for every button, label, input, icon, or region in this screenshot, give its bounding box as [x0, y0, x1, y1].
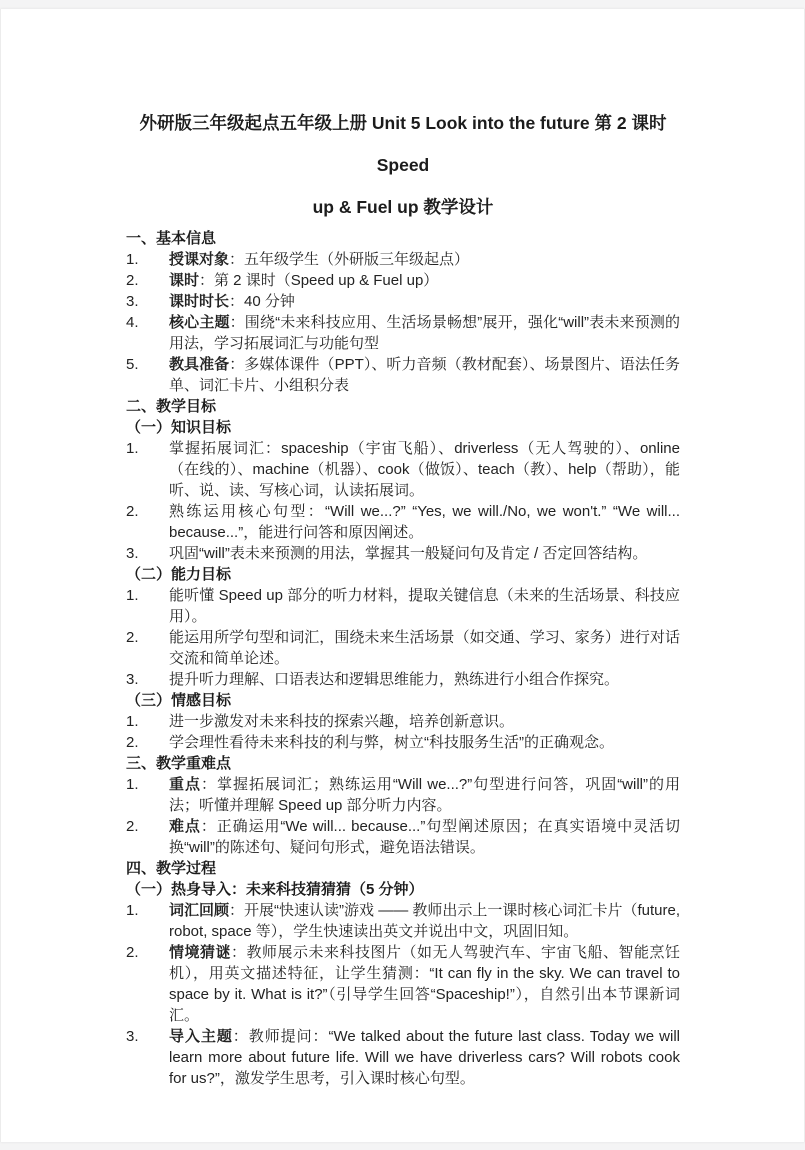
item-number: 2.: [126, 270, 169, 291]
item-text: 核心主题：围绕“未来科技应用、生活场景畅想”展开，强化“will”表未来预测的用…: [169, 312, 680, 354]
document-page: 外研版三年级起点五年级上册 Unit 5 Look into the futur…: [0, 9, 805, 1142]
item-number: 1.: [126, 585, 169, 606]
item-label: 难点: [169, 818, 201, 835]
item-text: 能运用所学句型和词汇，围绕未来生活场景（如交通、学习、家务）进行对话交流和简单论…: [169, 627, 680, 669]
item-label: 教具准备: [169, 356, 229, 373]
item-text: 重点：掌握拓展词汇；熟练运用“Will we...?”句型进行问答，巩固“wil…: [169, 774, 680, 816]
document-title-line1: 外研版三年级起点五年级上册 Unit 5 Look into the futur…: [126, 102, 680, 186]
item-text: 能听懂 Speed up 部分的听力材料，提取关键信息（未来的生活场景、科技应用…: [169, 585, 680, 627]
item-number: 2.: [126, 816, 169, 837]
item-label: 情境猜谜: [169, 944, 231, 961]
item-number: 1.: [126, 711, 169, 732]
item-text: 掌握拓展词汇：spaceship（宇宙飞船）、driverless（无人驾驶的）…: [169, 438, 680, 501]
list-item: 1.掌握拓展词汇：spaceship（宇宙飞船）、driverless（无人驾驶…: [126, 438, 680, 501]
list-item: 1.授课对象：五年级学生（外研版三年级起点）: [126, 249, 680, 270]
item-text: 巩固“will”表未来预测的用法，掌握其一般疑问句及肯定 / 否定回答结构。: [169, 543, 680, 564]
item-label: 词汇回顾: [169, 902, 229, 919]
item-number: 3.: [126, 543, 169, 564]
item-text: 词汇回顾：开展“快速认读”游戏 —— 教师出示上一课时核心词汇卡片（future…: [169, 900, 680, 942]
list-item: 2.课时：第 2 课时（Speed up & Fuel up）: [126, 270, 680, 291]
sub-section-heading: （一）知识目标: [126, 417, 680, 438]
list-item: 1.词汇回顾：开展“快速认读”游戏 —— 教师出示上一课时核心词汇卡片（futu…: [126, 900, 680, 942]
list-item: 1.进一步激发对未来科技的探索兴趣，培养创新意识。: [126, 711, 680, 732]
item-label: 导入主题: [169, 1028, 233, 1045]
document-body: 一、基本信息1.授课对象：五年级学生（外研版三年级起点）2.课时：第 2 课时（…: [126, 228, 680, 1089]
item-number: 2.: [126, 501, 169, 522]
list-item: 1.能听懂 Speed up 部分的听力材料，提取关键信息（未来的生活场景、科技…: [126, 585, 680, 627]
item-number: 1.: [126, 900, 169, 921]
item-label: 重点: [169, 776, 201, 793]
item-number: 2.: [126, 942, 169, 963]
item-number: 5.: [126, 354, 169, 375]
item-text: 难点：正确运用“We will... because...”句型阐述原因；在真实…: [169, 816, 680, 858]
item-text: 熟练运用核心句型：“Will we...?” “Yes, we will./No…: [169, 501, 680, 543]
item-text: 课时：第 2 课时（Speed up & Fuel up）: [169, 270, 680, 291]
item-text: 学会理性看待未来科技的利与弊，树立“科技服务生活”的正确观念。: [169, 732, 680, 753]
item-number: 3.: [126, 1026, 169, 1047]
item-text: 情境猜谜：教师展示未来科技图片（如无人驾驶汽车、宇宙飞船、智能烹饪机），用英文描…: [169, 942, 680, 1026]
section-heading: 四、教学过程: [126, 858, 680, 879]
list-item: 3.巩固“will”表未来预测的用法，掌握其一般疑问句及肯定 / 否定回答结构。: [126, 543, 680, 564]
item-number: 1.: [126, 249, 169, 270]
list-item: 3.导入主题：教师提问：“We talked about the future …: [126, 1026, 680, 1089]
item-number: 1.: [126, 438, 169, 459]
sub-section-heading: （二）能力目标: [126, 564, 680, 585]
document-title: 外研版三年级起点五年级上册 Unit 5 Look into the futur…: [126, 102, 680, 228]
item-text: 授课对象：五年级学生（外研版三年级起点）: [169, 249, 680, 270]
item-text: 导入主题：教师提问：“We talked about the future la…: [169, 1026, 680, 1089]
sub-section-heading: （三）情感目标: [126, 690, 680, 711]
list-item: 2.情境猜谜：教师展示未来科技图片（如无人驾驶汽车、宇宙飞船、智能烹饪机），用英…: [126, 942, 680, 1026]
list-item: 2.熟练运用核心句型：“Will we...?” “Yes, we will./…: [126, 501, 680, 543]
item-text: 课时时长：40 分钟: [169, 291, 680, 312]
section-heading: 二、教学目标: [126, 396, 680, 417]
item-label: 核心主题: [169, 314, 230, 331]
list-item: 3.课时时长：40 分钟: [126, 291, 680, 312]
list-item: 5.教具准备：多媒体课件（PPT）、听力音频（教材配套）、场景图片、语法任务单、…: [126, 354, 680, 396]
item-number: 2.: [126, 627, 169, 648]
item-number: 2.: [126, 732, 169, 753]
list-item: 2.能运用所学句型和词汇，围绕未来生活场景（如交通、学习、家务）进行对话交流和简…: [126, 627, 680, 669]
item-label: 授课对象: [169, 251, 229, 268]
list-item: 2.难点：正确运用“We will... because...”句型阐述原因；在…: [126, 816, 680, 858]
document-title-line2: up & Fuel up 教学设计: [126, 186, 680, 228]
item-label: 课时: [169, 272, 199, 289]
item-text: 提升听力理解、口语表达和逻辑思维能力，熟练进行小组合作探究。: [169, 669, 680, 690]
section-heading: 一、基本信息: [126, 228, 680, 249]
list-item: 3.提升听力理解、口语表达和逻辑思维能力，熟练进行小组合作探究。: [126, 669, 680, 690]
item-number: 3.: [126, 291, 169, 312]
item-label: 课时时长: [169, 293, 229, 310]
item-text: 教具准备：多媒体课件（PPT）、听力音频（教材配套）、场景图片、语法任务单、词汇…: [169, 354, 680, 396]
section-heading: 三、教学重难点: [126, 753, 680, 774]
item-number: 4.: [126, 312, 169, 333]
item-text: 进一步激发对未来科技的探索兴趣，培养创新意识。: [169, 711, 680, 732]
document-content: 外研版三年级起点五年级上册 Unit 5 Look into the futur…: [1, 9, 804, 1089]
list-item: 2.学会理性看待未来科技的利与弊，树立“科技服务生活”的正确观念。: [126, 732, 680, 753]
sub-section-heading: （一）热身导入：未来科技猜猜猜（5 分钟）: [126, 879, 680, 900]
list-item: 4.核心主题：围绕“未来科技应用、生活场景畅想”展开，强化“will”表未来预测…: [126, 312, 680, 354]
list-item: 1.重点：掌握拓展词汇；熟练运用“Will we...?”句型进行问答，巩固“w…: [126, 774, 680, 816]
item-number: 3.: [126, 669, 169, 690]
item-number: 1.: [126, 774, 169, 795]
